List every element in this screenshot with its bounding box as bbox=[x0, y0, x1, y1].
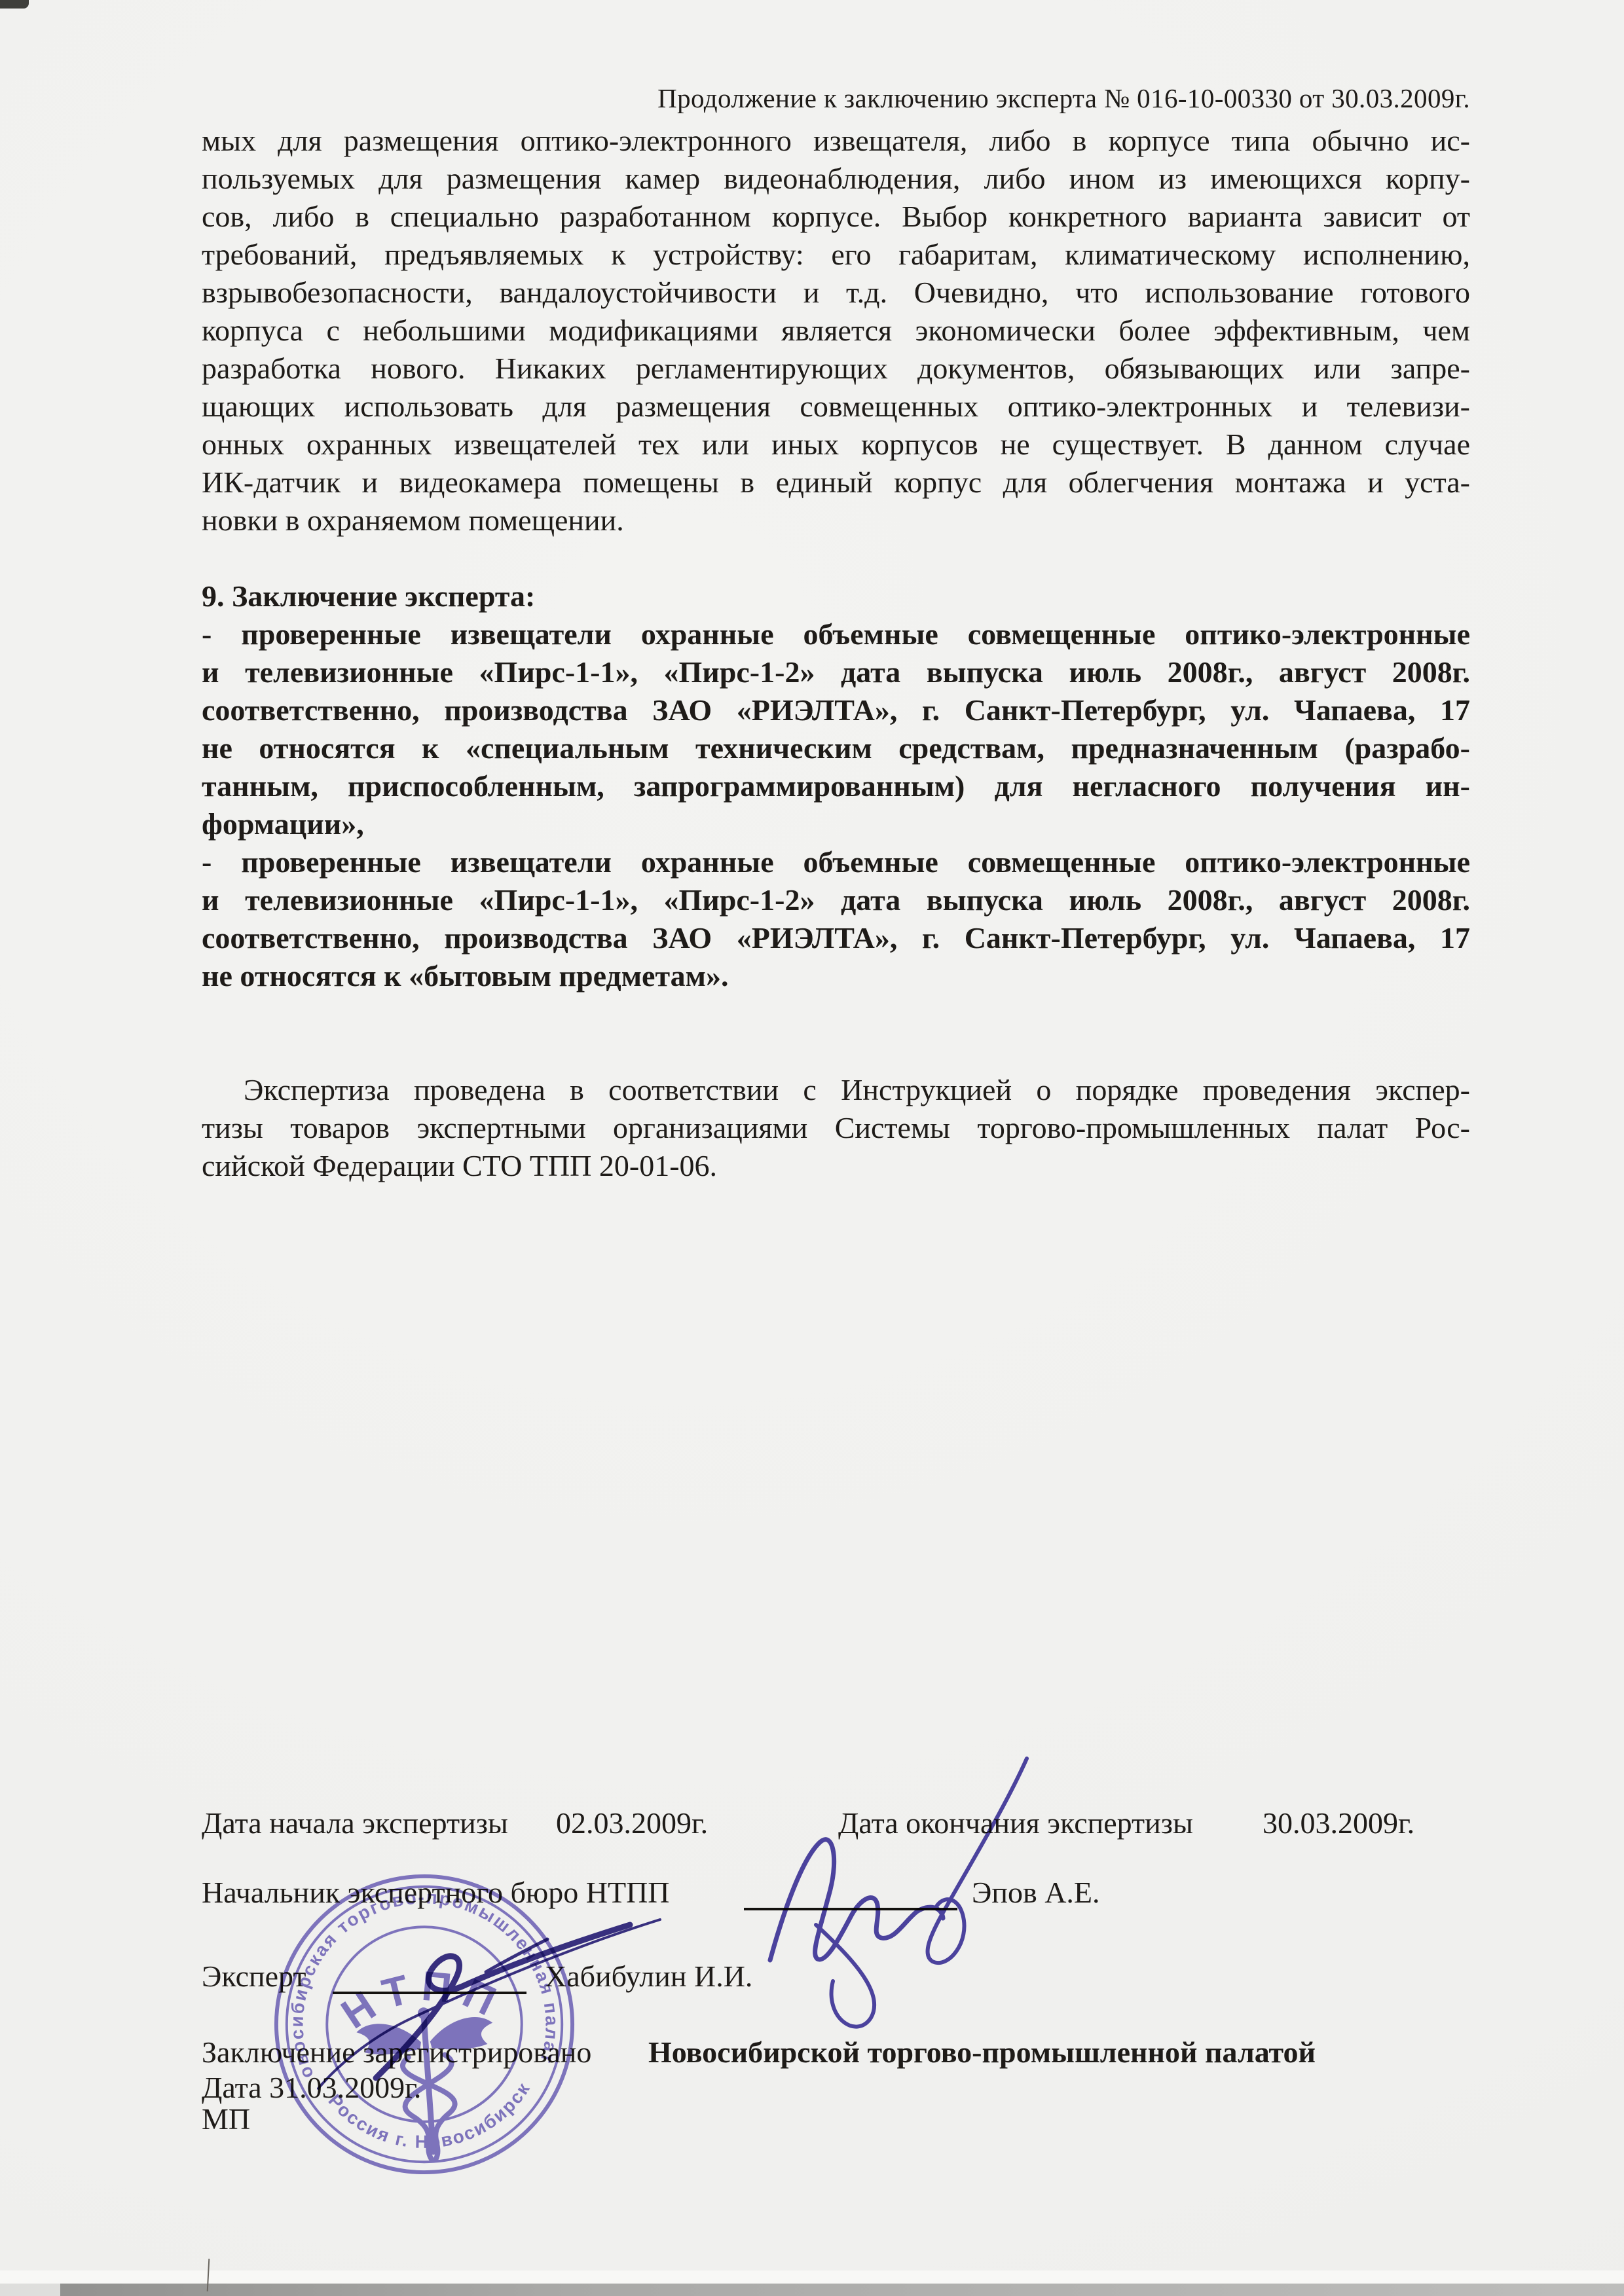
bureau-head-name: Эпов А.Е. bbox=[972, 1874, 1100, 1912]
text-line: корпуса с небольшими модификациями являе… bbox=[202, 312, 1470, 350]
signature-line bbox=[744, 1878, 957, 1910]
text-line: и телевизионные «Пирс-1-1», «Пирс-1-2» д… bbox=[202, 881, 1470, 919]
text-line: разработка нового. Никаких регламентирую… bbox=[202, 350, 1470, 388]
text-line: щающих использовать для размещения совме… bbox=[202, 388, 1470, 426]
conclusion-item-2: - проверенные извещатели охранные объемн… bbox=[202, 843, 1470, 995]
text-line: сов, либо в специально разработанном кор… bbox=[202, 198, 1470, 236]
text-line: соответственно, производства ЗАО «РИЭЛТА… bbox=[202, 691, 1470, 729]
text-line: не относятся к «бытовым предметам». bbox=[202, 957, 1470, 995]
text-line: требований, предъявляемых к устройству: … bbox=[202, 236, 1470, 274]
text-line: танным, приспособленным, запрограммирова… bbox=[202, 767, 1470, 805]
registration-org: Новосибирской торгово-промышленной палат… bbox=[648, 2033, 1316, 2071]
scanner-strip-notch bbox=[0, 2284, 60, 2296]
stamp-place-mark: МП bbox=[202, 2100, 250, 2138]
text-line: взрывобезопасности, вандалоустойчивости … bbox=[202, 274, 1470, 312]
text-line: сийской Федерации СТО ТПП 20-01-06. bbox=[202, 1147, 1470, 1185]
dates-row: Дата начала экспертизы 02.03.2009г. Дата… bbox=[202, 1804, 1470, 1842]
text-line: формации», bbox=[202, 805, 1470, 843]
text-line: не относятся к «специальным техническим … bbox=[202, 729, 1470, 767]
round-seal-stamp: Новосибирская торгово-промышленная палат… bbox=[272, 1872, 577, 2177]
date-start-label: Дата начала экспертизы bbox=[202, 1804, 508, 1842]
basis-paragraph: Экспертиза проведена в соответствии с Ин… bbox=[202, 1071, 1470, 1185]
document-body: мых для размещения оптико-электронного и… bbox=[202, 122, 1470, 1185]
text-line: соответственно, производства ЗАО «РИЭЛТА… bbox=[202, 919, 1470, 957]
text-line: - проверенные извещатели охранные объемн… bbox=[202, 843, 1470, 881]
scanner-background-strip bbox=[0, 2284, 1624, 2296]
text-line: ИК-датчик и видеокамера помещены в едины… bbox=[202, 464, 1470, 501]
date-end-label: Дата окончания экспертизы bbox=[838, 1804, 1193, 1842]
scanned-document-page: Продолжение к заключению эксперта № 016-… bbox=[0, 0, 1624, 2296]
text-line: мых для размещения оптико-электронного и… bbox=[202, 122, 1470, 160]
date-end-value: 30.03.2009г. bbox=[1263, 1804, 1414, 1842]
text-line: тизы товаров экспертными организациями С… bbox=[202, 1109, 1470, 1147]
text-line: - проверенные извещатели охранные объемн… bbox=[202, 615, 1470, 653]
text-line: новки в охраняемом помещении. bbox=[202, 501, 1470, 539]
text-line: онных охранных извещателей тех или иных … bbox=[202, 426, 1470, 464]
paper-bottom-edge bbox=[0, 2270, 1624, 2284]
scan-corner-artifact bbox=[0, 0, 29, 9]
conclusion-item-1: - проверенные извещатели охранные объемн… bbox=[202, 615, 1470, 843]
conclusion-heading: 9. Заключение эксперта: bbox=[202, 577, 1470, 615]
text-line: и телевизионные «Пирс-1-1», «Пирс-1-2» д… bbox=[202, 653, 1470, 691]
text-line: Экспертиза проведена в соответствии с Ин… bbox=[202, 1071, 1470, 1109]
intro-paragraph: мых для размещения оптико-электронного и… bbox=[202, 122, 1470, 539]
text-line: пользуемых для размещения камер видеонаб… bbox=[202, 160, 1470, 198]
page-header: Продолжение к заключению эксперта № 016-… bbox=[657, 82, 1470, 114]
stamp-ring-text-top: Новосибирская торгово-промышленная палат… bbox=[272, 1872, 566, 2087]
date-start-value: 02.03.2009г. bbox=[556, 1804, 708, 1842]
